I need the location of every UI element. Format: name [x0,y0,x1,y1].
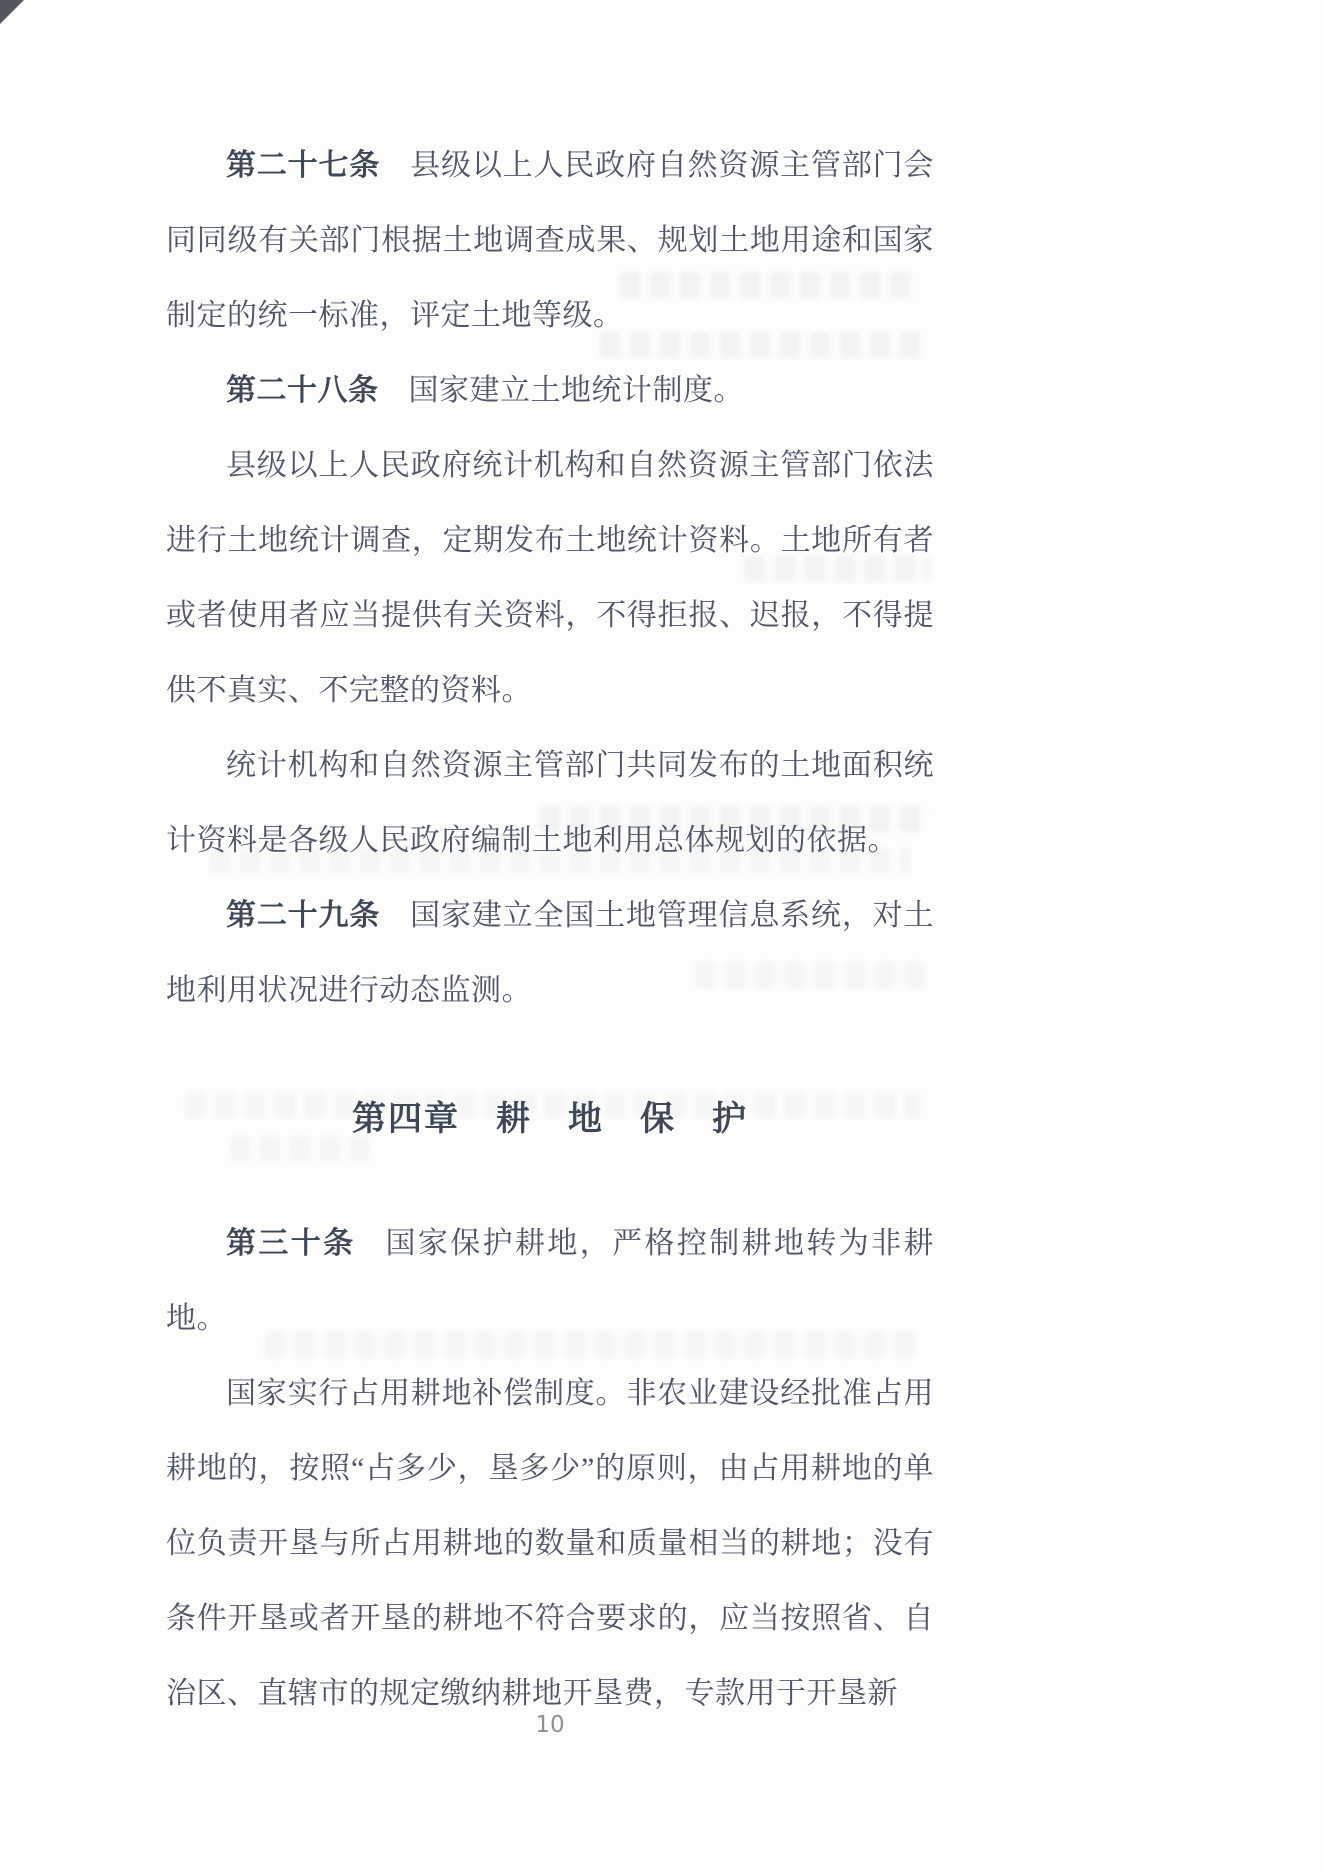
compensation-text: 国家实行占用耕地补偿制度。非农业建设经批准占用耕地的，按照“占多少，垦多少”的原… [166,1377,934,1710]
paragraph-article-29: 第二十九条国家建立全国土地管理信息系统，对土地利用状况进行动态监测。 [166,878,934,1028]
article-27-number: 第二十七条 [226,149,380,182]
chapter-heading: 第四章 耕 地 保 护 [166,1096,934,1144]
article-29-number: 第二十九条 [226,899,380,932]
statistics-survey-text: 县级以上人民政府统计机构和自然资源主管部门依法进行土地统计调查，定期发布土地统计… [166,449,934,707]
scanned-document-page: 第二十七条县级以上人民政府自然资源主管部门会同同级有关部门根据土地调查成果、规划… [0,0,1324,1872]
paragraph-compensation: 国家实行占用耕地补偿制度。非农业建设经批准占用耕地的，按照“占多少，垦多少”的原… [166,1356,934,1731]
paragraph-statistics-survey: 县级以上人民政府统计机构和自然资源主管部门依法进行土地统计调查，定期发布土地统计… [166,428,934,728]
article-30-number: 第三十条 [226,1227,356,1260]
article-28-number: 第二十八条 [226,374,379,407]
page-number: 10 [166,1712,934,1738]
statistics-basis-text: 统计机构和自然资源主管部门共同发布的土地面积统计资料是各级人民政府编制土地利用总… [166,749,934,857]
article-28-text: 国家建立土地统计制度。 [409,374,745,407]
paragraph-statistics-basis: 统计机构和自然资源主管部门共同发布的土地面积统计资料是各级人民政府编制土地利用总… [166,728,934,878]
scan-corner-artifact [0,0,24,24]
paragraph-article-30: 第三十条国家保护耕地，严格控制耕地转为非耕地。 [166,1206,934,1356]
paragraph-article-27: 第二十七条县级以上人民政府自然资源主管部门会同同级有关部门根据土地调查成果、规划… [166,128,934,353]
document-body: 第二十七条县级以上人民政府自然资源主管部门会同同级有关部门根据土地调查成果、规划… [166,128,934,1731]
paragraph-article-28: 第二十八条国家建立土地统计制度。 [166,353,934,428]
